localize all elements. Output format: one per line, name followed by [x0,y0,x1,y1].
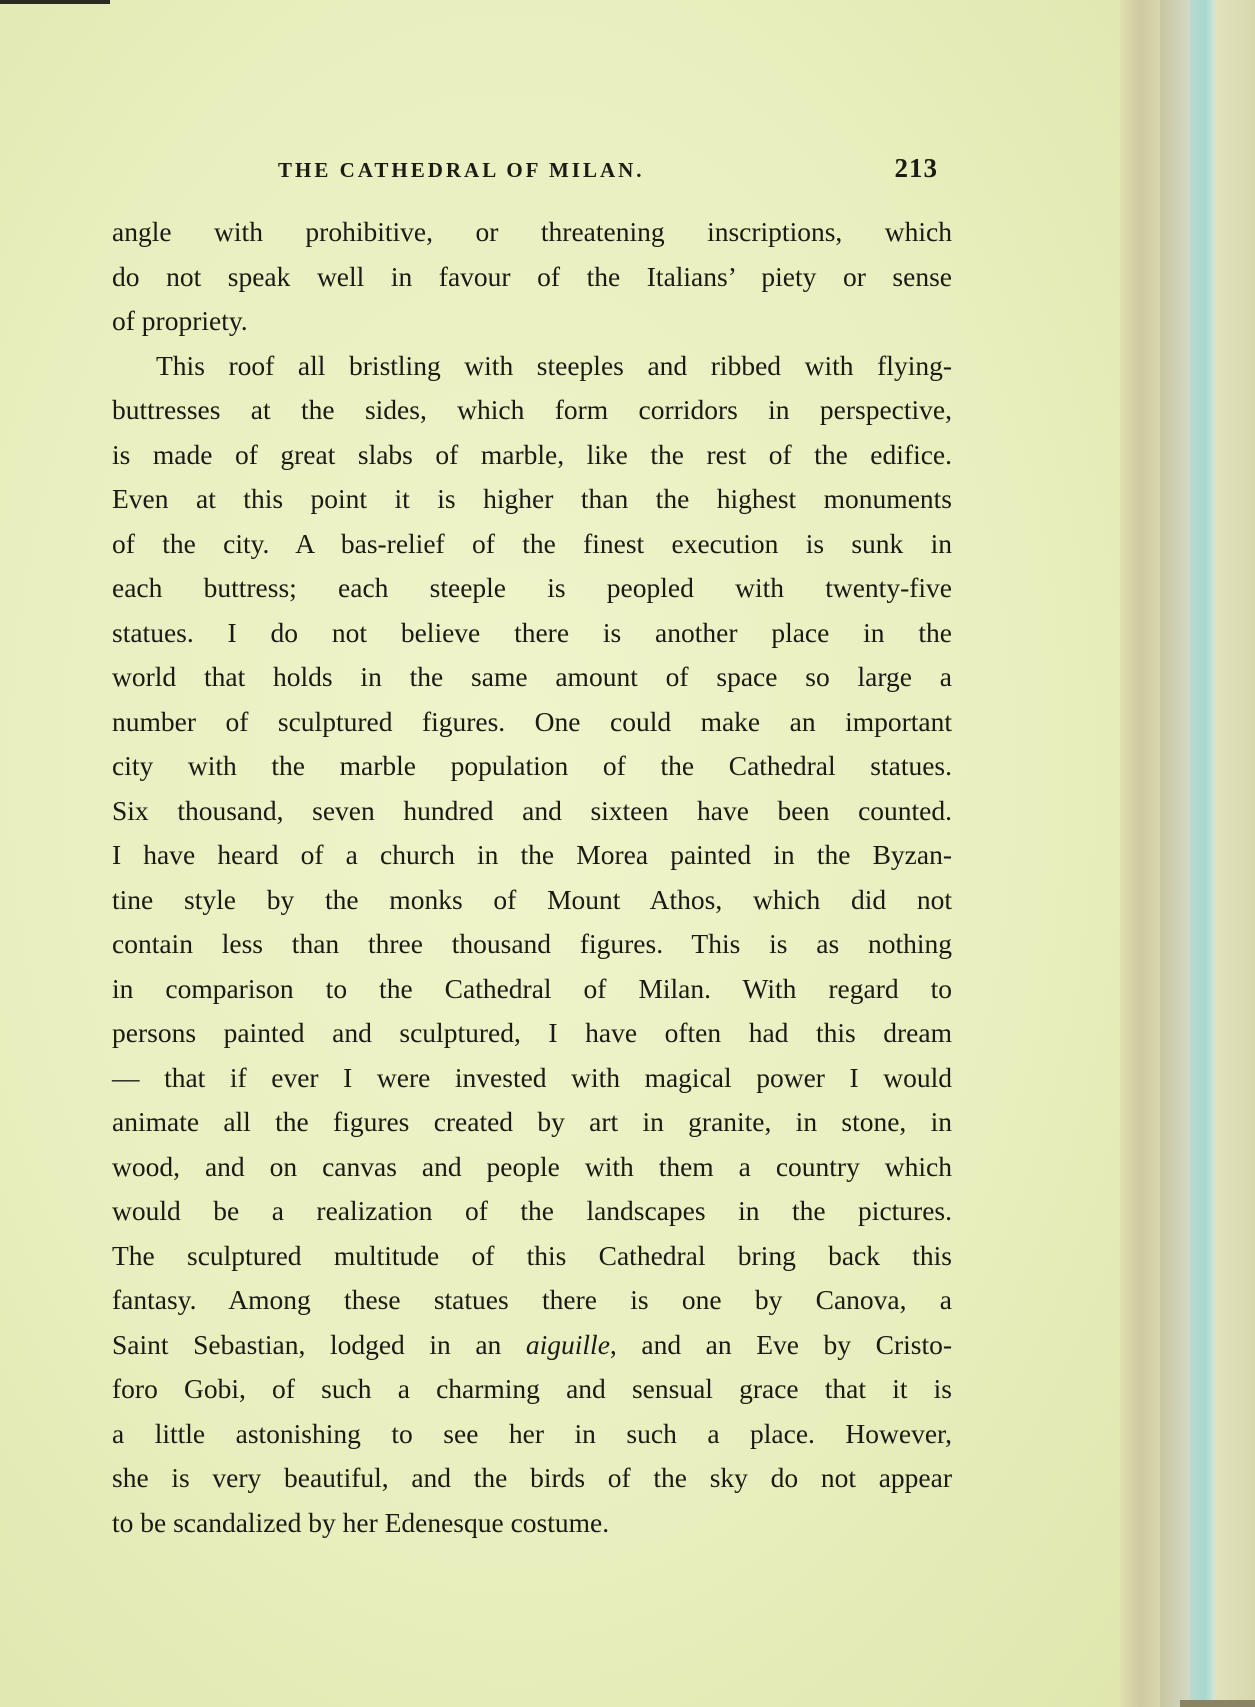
text-line: contain less than three thousand figures… [112,922,952,967]
scan-artifact-top [0,0,110,4]
text-line-with-italic: Saint Sebastian, lodged in an aiguille, … [112,1323,952,1368]
cover-edge [1190,0,1215,1707]
text-line: The sculptured multitude of this Cathedr… [112,1234,952,1279]
page-number: 213 [895,153,939,184]
background-surface [1215,0,1255,1707]
page-edge-shadow [1120,0,1160,1707]
text-line: Even at this point it is higher than the… [112,477,952,522]
running-head: THE CATHEDRAL OF MILAN. [278,158,645,183]
text-line: — that if ever I were invested with magi… [112,1056,952,1101]
italic-term: aiguille [526,1329,610,1360]
text-line: animate all the figures created by art i… [112,1100,952,1145]
text-line: persons painted and sculptured, I have o… [112,1011,952,1056]
paragraph-2: This roof all bristling with steeples an… [112,344,952,1546]
text-line: in comparison to the Cathedral of Milan.… [112,967,952,1012]
text-line: is made of great slabs of marble, like t… [112,433,952,478]
page-stack-edge [1160,0,1190,1707]
text-line: number of sculptured figures. One could … [112,700,952,745]
text-line: to be scandalized by her Edenesque costu… [112,1501,952,1546]
text-line: I have heard of a church in the Morea pa… [112,833,952,878]
paragraph-1: angle with prohibitive, or threatening i… [112,210,952,344]
text-line: of the city. A bas-relief of the finest … [112,522,952,567]
text-line: fantasy. Among these statues there is on… [112,1278,952,1323]
text-line: city with the marble population of the C… [112,744,952,789]
scan-artifact-bottom [1180,1700,1255,1707]
page-header: THE CATHEDRAL OF MILAN. 213 [278,153,938,184]
text-line: tine style by the monks of Mount Athos, … [112,878,952,923]
text-line: angle with prohibitive, or threatening i… [112,210,952,255]
text-line: she is very beautiful, and the birds of … [112,1456,952,1501]
text-line: wood, and on canvas and people with them… [112,1145,952,1190]
text-line: statues. I do not believe there is anoth… [112,611,952,656]
text-line: each buttress; each steeple is peopled w… [112,566,952,611]
body-text: angle with prohibitive, or threatening i… [112,210,952,1545]
text-line: would be a realization of the landscapes… [112,1189,952,1234]
text-line: Six thousand, seven hundred and sixteen … [112,789,952,834]
text-line: a little astonishing to see her in such … [112,1412,952,1457]
text-line: of propriety. [112,299,952,344]
text-line: buttresses at the sides, which form corr… [112,388,952,433]
text-line: world that holds in the same amount of s… [112,655,952,700]
text-line: This roof all bristling with steeples an… [112,344,952,389]
text-segment: , and an Eve by Cristo- [610,1329,952,1360]
text-line: do not speak well in favour of the Itali… [112,255,952,300]
text-line: foro Gobi, of such a charming and sensua… [112,1367,952,1412]
text-segment: Saint Sebastian, lodged in an [112,1329,526,1360]
